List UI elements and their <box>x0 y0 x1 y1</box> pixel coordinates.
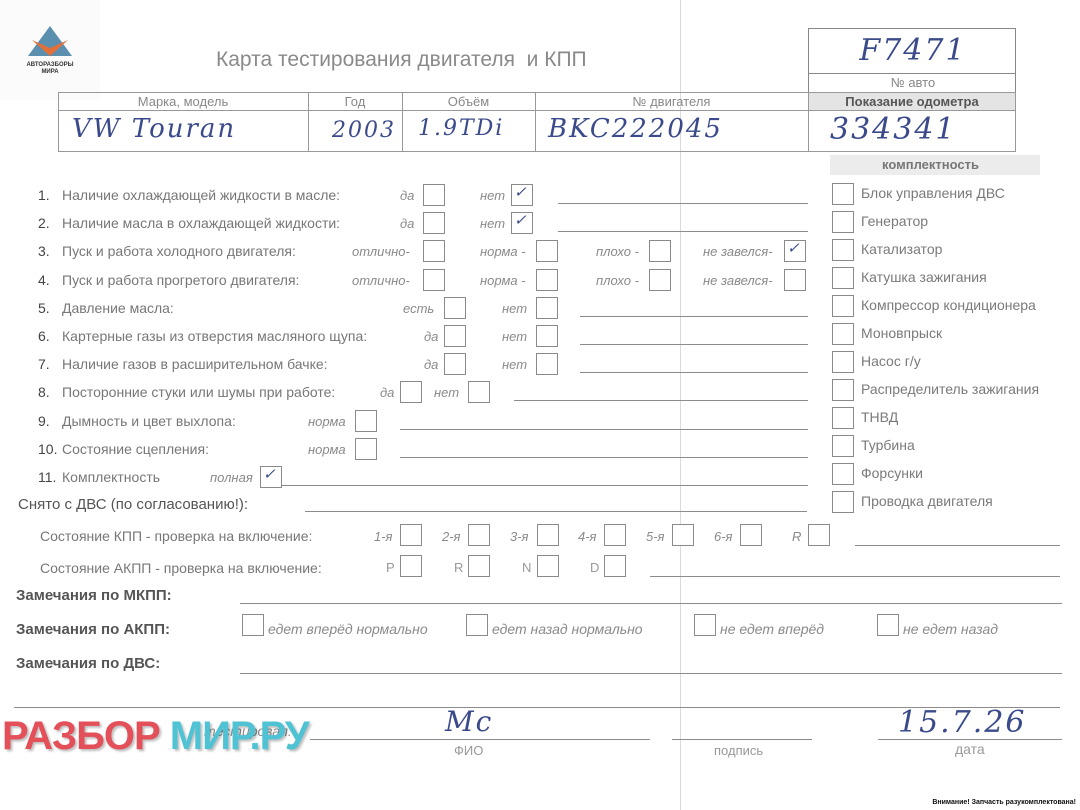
gear-checkbox[interactable] <box>468 524 490 546</box>
completeness-item-label: Компрессор кондиционера <box>861 297 1036 313</box>
check-label: Комплектность <box>62 469 160 485</box>
option-checkbox[interactable] <box>649 240 671 262</box>
option-checkbox[interactable] <box>355 438 377 460</box>
option-label: нет <box>434 385 459 400</box>
check-label: Дымность и цвет выхлопа: <box>62 413 236 429</box>
option-label: отлично- <box>352 273 410 288</box>
remarks-dvs-label: Замечания по ДВС: <box>16 655 160 672</box>
option-checkbox[interactable] <box>536 297 558 319</box>
gear-label: D <box>590 560 599 575</box>
completeness-checkbox[interactable] <box>832 239 854 261</box>
watermark-part2: МИР.РУ <box>170 714 309 758</box>
remarks-akpp-label: Замечания по АКПП: <box>16 621 170 638</box>
notes-line <box>580 316 808 317</box>
completeness-checkbox[interactable] <box>832 407 854 429</box>
option-label: полная <box>210 470 253 485</box>
check-number: 3. <box>38 243 50 259</box>
option-checkbox[interactable] <box>423 184 445 206</box>
header-year: Год <box>308 94 402 112</box>
check-label: Давление масла: <box>62 300 174 316</box>
notes-line <box>400 457 808 458</box>
option-label: не завелся- <box>703 273 773 288</box>
option-label: норма <box>308 414 346 429</box>
akpp-remark-checkbox[interactable] <box>242 614 264 636</box>
completeness-item-label: Катушка зажигания <box>861 269 987 285</box>
check-number: 2. <box>38 215 50 231</box>
check-number: 8. <box>38 384 50 400</box>
completeness-item-label: Проводка двигателя <box>861 493 993 509</box>
option-label: да <box>400 216 414 231</box>
check-number: 4. <box>38 272 50 288</box>
option-checkbox[interactable]: ✓ <box>511 184 533 206</box>
check-number: 7. <box>38 356 50 372</box>
option-checkbox[interactable] <box>784 269 806 291</box>
completeness-item-label: Генератор <box>861 213 928 229</box>
completeness-item-label: Распределитель зажигания <box>861 381 1039 397</box>
gear-label: R <box>792 529 801 544</box>
option-label: да <box>424 329 438 344</box>
notes-line <box>514 400 808 401</box>
gear-label: 4-я <box>578 529 597 544</box>
check-mark-icon: ✓ <box>263 465 276 483</box>
auto-gearbox-label: Состояние АКПП - проверка на включение: <box>40 560 322 576</box>
option-checkbox[interactable] <box>468 381 490 403</box>
check-label: Пуск и работа холодного двигателя: <box>62 243 296 259</box>
signature-label: подпись <box>714 743 763 758</box>
check-number: 6. <box>38 328 50 344</box>
footer-warning-note: Внимание! Запчасть разукомплектована! <box>932 799 1076 806</box>
gear-label: 3-я <box>510 529 529 544</box>
header-make-model: Марка, модель <box>58 94 308 112</box>
option-label: плохо - <box>596 273 639 288</box>
fio-value: Мс <box>445 705 493 738</box>
option-checkbox[interactable] <box>444 325 466 347</box>
completeness-item-label: Блок управления ДВС <box>861 185 1005 201</box>
gear-label: 2-я <box>442 529 461 544</box>
option-label: нет <box>480 188 505 203</box>
option-label: не завелся- <box>703 244 773 259</box>
completeness-checkbox[interactable] <box>832 183 854 205</box>
completeness-checkbox[interactable] <box>832 211 854 233</box>
check-label: Наличие масла в охлаждающей жидкости: <box>62 215 340 231</box>
option-checkbox[interactable]: ✓ <box>511 212 533 234</box>
akpp-remark-label: едет вперёд нормально <box>268 621 428 637</box>
gear-checkbox[interactable] <box>400 555 422 577</box>
option-checkbox[interactable] <box>536 325 558 347</box>
gear-checkbox[interactable] <box>537 524 559 546</box>
odometer-value: 334341 <box>830 112 957 147</box>
completeness-checkbox[interactable] <box>832 267 854 289</box>
completeness-checkbox[interactable] <box>832 435 854 457</box>
option-checkbox[interactable] <box>423 269 445 291</box>
option-label: есть <box>403 301 434 316</box>
completeness-item-label: ТНВД <box>861 409 898 425</box>
header-odometer: Показание одометра <box>808 94 1016 112</box>
engine-number-value: BKC222045 <box>548 114 723 144</box>
option-label: нет <box>502 357 527 372</box>
option-checkbox[interactable] <box>355 410 377 432</box>
check-number: 1. <box>38 187 50 203</box>
logo-text-line2: МИРА <box>0 69 100 75</box>
year-value: 2003 <box>332 118 396 143</box>
option-checkbox[interactable] <box>649 269 671 291</box>
logo-text-line1: АВТОРАЗБОРЫ <box>0 62 100 68</box>
gear-label: 1-я <box>374 529 393 544</box>
gear-label: 5-я <box>646 529 665 544</box>
check-mark-icon: ✓ <box>514 211 527 229</box>
option-checkbox[interactable] <box>536 269 558 291</box>
option-label: нет <box>502 301 527 316</box>
option-checkbox[interactable] <box>444 353 466 375</box>
completeness-item-label: Турбина <box>861 437 915 453</box>
auto-number-label: № авто <box>809 75 1017 90</box>
option-checkbox[interactable]: ✓ <box>260 466 282 488</box>
check-number: 10. <box>38 441 57 457</box>
volume-value: 1.9TDi <box>418 116 504 141</box>
watermark: РАЗБОР МИР.РУ <box>2 714 309 759</box>
option-label: отлично- <box>352 244 410 259</box>
option-label: да <box>380 385 394 400</box>
header-engine-number: № двигателя <box>535 94 808 112</box>
gear-label: 6-я <box>714 529 733 544</box>
check-label: Посторонние стуки или шумы при работе: <box>62 384 335 400</box>
notes-line <box>282 485 808 486</box>
notes-line <box>558 203 808 204</box>
check-number: 9. <box>38 413 50 429</box>
gear-label: N <box>522 560 531 575</box>
akpp-remark-checkbox[interactable] <box>694 614 716 636</box>
option-label: нет <box>480 216 505 231</box>
make-model-value: VW Touran <box>72 114 236 144</box>
gear-checkbox[interactable] <box>740 524 762 546</box>
gear-checkbox[interactable] <box>604 524 626 546</box>
header-volume: Объём <box>402 94 535 112</box>
check-label: Состояние сцепления: <box>62 441 209 457</box>
page-title: Карта тестирования двигателя и КПП <box>216 48 587 72</box>
check-label: Наличие газов в расширительном бачке: <box>62 356 328 372</box>
gear-checkbox[interactable] <box>672 524 694 546</box>
company-logo: АВТОРАЗБОРЫ МИРА <box>0 0 100 100</box>
option-label: норма <box>308 442 346 457</box>
completeness-checkbox[interactable] <box>832 379 854 401</box>
notes-line <box>558 231 808 232</box>
date-value: 15.7.26 <box>898 705 1027 740</box>
akpp-remark-label: не едет назад <box>903 621 998 637</box>
gear-checkbox[interactable] <box>400 524 422 546</box>
akpp-remark-checkbox[interactable] <box>877 614 899 636</box>
akpp-remark-label: едет назад нормально <box>492 621 643 637</box>
option-label: да <box>424 357 438 372</box>
option-checkbox[interactable] <box>536 240 558 262</box>
akpp-remark-checkbox[interactable] <box>466 614 488 636</box>
akpp-remark-label: не едет вперёд <box>720 621 824 637</box>
logo-mountain-icon <box>28 26 72 60</box>
check-label: Пуск и работа прогретого двигателя: <box>62 272 299 288</box>
check-label: Картерные газы из отверстия масляного щу… <box>62 328 367 344</box>
completeness-title: комплектность <box>882 157 979 172</box>
gear-checkbox[interactable] <box>468 555 490 577</box>
option-checkbox[interactable] <box>423 240 445 262</box>
fio-label: ФИО <box>454 743 483 758</box>
check-label: Наличие охлаждающей жидкости в масле: <box>62 187 340 203</box>
option-checkbox[interactable] <box>400 381 422 403</box>
gear-checkbox[interactable] <box>604 555 626 577</box>
option-label: нет <box>502 329 527 344</box>
completeness-checkbox[interactable] <box>832 463 854 485</box>
watermark-part1: РАЗБОР <box>2 714 160 758</box>
remarks-mkpp-label: Замечания по МКПП: <box>16 587 172 604</box>
option-checkbox[interactable]: ✓ <box>784 240 806 262</box>
completeness-checkbox[interactable] <box>832 323 854 345</box>
option-label: норма - <box>480 244 526 259</box>
option-checkbox[interactable] <box>444 297 466 319</box>
completeness-item-label: Насос г/у <box>861 353 921 369</box>
gear-checkbox[interactable] <box>808 524 830 546</box>
check-mark-icon: ✓ <box>514 183 527 201</box>
check-number: 5. <box>38 300 50 316</box>
option-label: норма - <box>480 273 526 288</box>
option-label: да <box>400 188 414 203</box>
completeness-item-label: Форсунки <box>861 465 923 481</box>
notes-line <box>580 344 808 345</box>
date-label: дата <box>955 741 985 757</box>
option-label: плохо - <box>596 244 639 259</box>
gear-label: R <box>454 560 463 575</box>
notes-line <box>580 372 808 373</box>
check-number: 11. <box>38 469 56 485</box>
completeness-checkbox[interactable] <box>832 491 854 513</box>
completeness-checkbox[interactable] <box>832 351 854 373</box>
gear-checkbox[interactable] <box>537 555 559 577</box>
completeness-item-label: Моновпрыск <box>861 325 942 341</box>
manual-gearbox-label: Состояние КПП - проверка на включение: <box>40 528 312 544</box>
auto-number-value: F7471 <box>809 33 1017 68</box>
completeness-checkbox[interactable] <box>832 295 854 317</box>
check-mark-icon: ✓ <box>787 239 800 257</box>
completeness-item-label: Катализатор <box>861 241 942 257</box>
notes-line <box>400 429 808 430</box>
removed-label: Снято с ДВС (по согласованию!): <box>18 496 248 513</box>
option-checkbox[interactable] <box>536 353 558 375</box>
gear-label: P <box>386 560 395 575</box>
option-checkbox[interactable] <box>423 212 445 234</box>
